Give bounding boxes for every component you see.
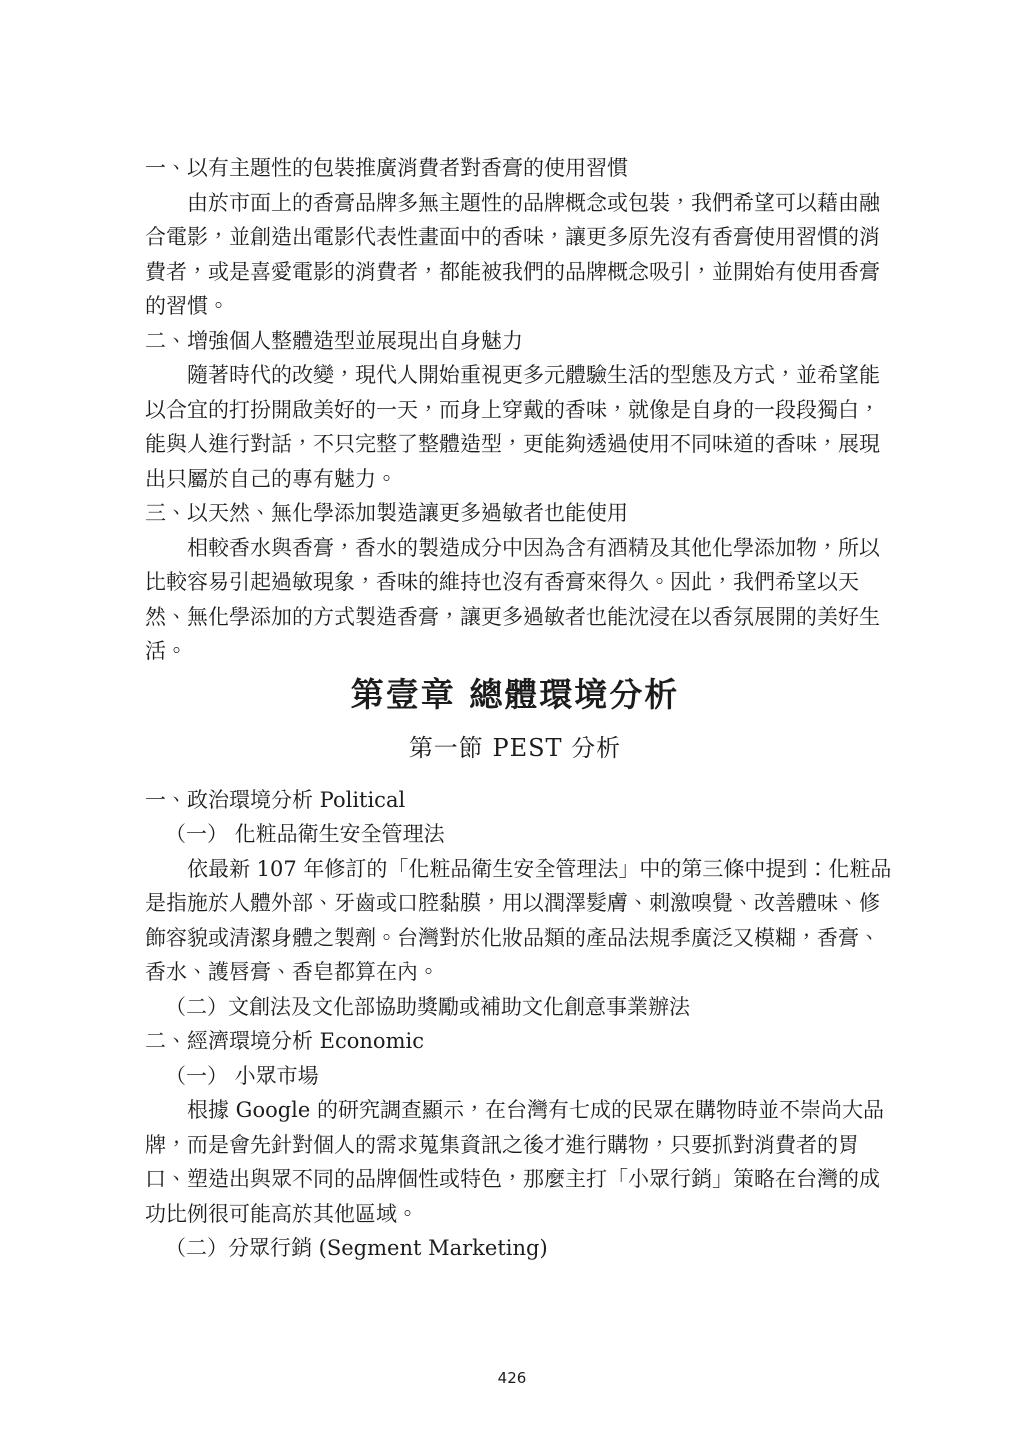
- paragraph-line: 費者，或是喜愛電影的消費者，都能被我們的品牌概念吸引，並開始有使用香膏: [145, 255, 885, 290]
- paragraph-line: 然、無化學添加的方式製造香膏，讓更多過敏者也能沈浸在以香氛展開的美好生: [145, 600, 885, 635]
- list-item-heading: 二、增強個人整體造型並展現出自身魅力: [145, 324, 885, 359]
- intro-section: 一、以有主題性的包裝推廣消費者對香膏的使用習慣 由於市面上的香膏品牌多無主題性的…: [145, 151, 885, 669]
- sub-item-heading: （一） 化粧品衛生安全管理法: [145, 817, 885, 852]
- sub-item-heading: （一） 小眾市場: [145, 1059, 885, 1094]
- list-item-heading: 三、以天然、無化學添加製造讓更多過敏者也能使用: [145, 496, 885, 531]
- sub-item-heading: （二）分眾行銷 (Segment Marketing): [145, 1231, 885, 1266]
- paragraph-line: 是指施於人體外部、牙齒或口腔黏膜，用以潤澤髮膚、刺激嗅覺、改善體味、修: [145, 886, 885, 921]
- paragraph-line: 牌，而是會先針對個人的需求蒐集資訊之後才進行購物，只要抓對消費者的胃: [145, 1128, 885, 1163]
- page-body: 一、以有主題性的包裝推廣消費者對香膏的使用習慣 由於市面上的香膏品牌多無主題性的…: [145, 151, 885, 1266]
- paragraph-line: 功比例很可能高於其他區域。: [145, 1197, 885, 1232]
- paragraph-line: 飾容貌或清潔身體之製劑。台灣對於化妝品類的產品法規季廣泛又模糊，香膏、: [145, 921, 885, 956]
- paragraph-line: 依最新 107 年修訂的「化粧品衛生安全管理法」中的第三條中提到：化粧品: [145, 852, 885, 887]
- paragraph-line: 比較容易引起過敏現象，香味的維持也沒有香膏來得久。因此，我們希望以天: [145, 565, 885, 600]
- paragraph-line: 口、塑造出與眾不同的品牌個性或特色，那麼主打「小眾行銷」策略在台灣的成: [145, 1162, 885, 1197]
- paragraph-line: 香水、護唇膏、香皂都算在內。: [145, 955, 885, 990]
- paragraph-line: 相較香水與香膏，香水的製造成分中因為含有酒精及其他化學添加物，所以: [145, 531, 885, 566]
- page-number: 426: [0, 1369, 1024, 1387]
- paragraph-line: 能與人進行對話，不只完整了整體造型，更能夠透過使用不同味道的香味，展現: [145, 427, 885, 462]
- paragraph-line: 由於市面上的香膏品牌多無主題性的品牌概念或包裝，我們希望可以藉由融: [145, 186, 885, 221]
- list-item-heading: 一、政治環境分析 Political: [145, 783, 885, 818]
- paragraph-line: 以合宜的打扮開啟美好的一天，而身上穿戴的香味，就像是自身的一段段獨白，: [145, 393, 885, 428]
- paragraph-line: 根據 Google 的研究調查顯示，在台灣有七成的民眾在購物時並不崇尚大品: [145, 1093, 885, 1128]
- paragraph-line: 隨著時代的改變，現代人開始重視更多元體驗生活的型態及方式，並希望能: [145, 358, 885, 393]
- section-heading: 第一節 PEST 分析: [145, 730, 885, 766]
- pest-analysis-section: 一、政治環境分析 Political （一） 化粧品衛生安全管理法 依最新 10…: [145, 783, 885, 1266]
- document-page: 一、以有主題性的包裝推廣消費者對香膏的使用習慣 由於市面上的香膏品牌多無主題性的…: [0, 0, 1024, 1448]
- list-item-heading: 一、以有主題性的包裝推廣消費者對香膏的使用習慣: [145, 151, 885, 186]
- sub-item-heading: （二）文創法及文化部協助獎勵或補助文化創意事業辦法: [145, 990, 885, 1025]
- paragraph-line: 的習慣。: [145, 289, 885, 324]
- paragraph-line: 出只屬於自己的專有魅力。: [145, 462, 885, 497]
- list-item-heading: 二、經濟環境分析 Economic: [145, 1024, 885, 1059]
- paragraph-line: 合電影，並創造出電影代表性畫面中的香味，讓更多原先沒有香膏使用習慣的消: [145, 220, 885, 255]
- paragraph-line: 活。: [145, 634, 885, 669]
- chapter-heading: 第壹章 總體環境分析: [145, 673, 885, 717]
